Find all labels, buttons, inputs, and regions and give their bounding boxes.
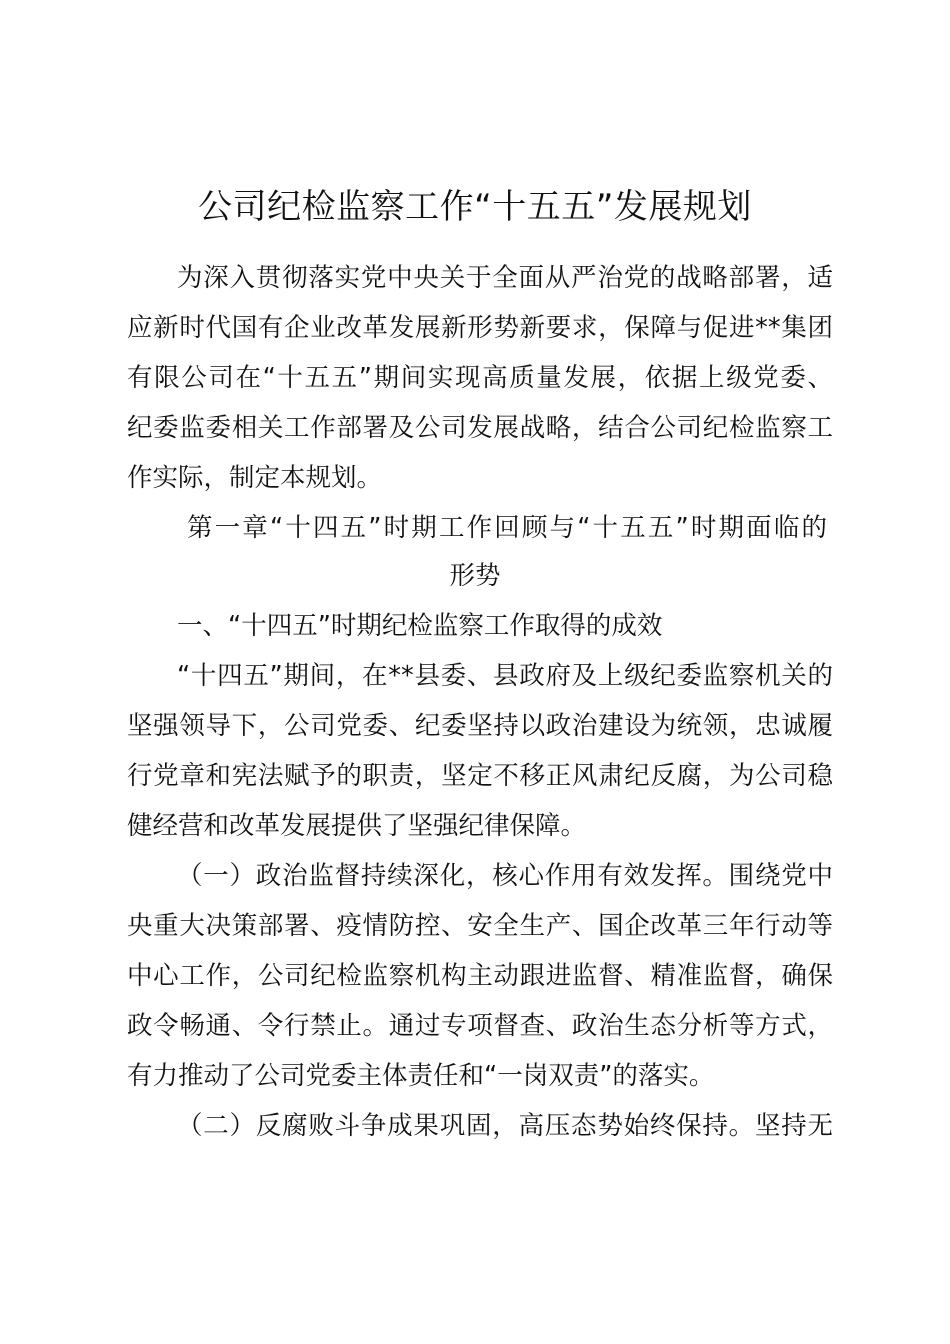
document-title: 公司纪检监察工作“十五五”发展规划 <box>0 182 950 232</box>
text-line: 政令畅通、令行禁止。通过专项督查、政治生态分析等方式， <box>127 1006 833 1046</box>
text-line: （一）政治监督持续深化，核心作用有效发挥。围绕党中 <box>177 856 833 896</box>
text-line: 纪委监委相关工作部署及公司发展战略，结合公司纪检监察工 <box>127 408 833 448</box>
chapter-heading-line: 第一章“十四五”时期工作回顾与“十五五”时期面临的 <box>187 508 827 548</box>
section-heading: 一、“十四五”时期纪检监察工作取得的成效 <box>177 606 833 646</box>
text-line: 有力推动了公司党委主体责任和“一岗双责”的落实。 <box>127 1056 833 1096</box>
text-line: 有限公司在“十五五”期间实现高质量发展，依据上级党委、 <box>127 358 833 398</box>
text-line: 作实际，制定本规划。 <box>127 458 833 498</box>
document-page: 公司纪检监察工作“十五五”发展规划 为深入贯彻落实党中央关于全面从严治党的战略部… <box>0 0 950 1344</box>
text-line: 行党章和宪法赋予的职责，坚定不移正风肃纪反腐，为公司稳 <box>127 756 833 796</box>
text-line: 健经营和改革发展提供了坚强纪律保障。 <box>127 806 833 846</box>
chapter-heading-line: 形势 <box>0 556 950 596</box>
text-line: 坚强领导下，公司党委、纪委坚持以政治建设为统领，忠诚履 <box>127 706 833 746</box>
text-line: 中心工作，公司纪检监察机构主动跟进监督、精准监督，确保 <box>127 956 833 996</box>
text-line: 央重大决策部署、疫情防控、安全生产、国企改革三年行动等 <box>127 906 833 946</box>
text-line: “十四五”期间，在**县委、县政府及上级纪委监察机关的 <box>177 656 833 696</box>
text-line: 应新时代国有企业改革发展新形势新要求，保障与促进**集团 <box>127 308 833 348</box>
text-line: 为深入贯彻落实党中央关于全面从严治党的战略部署，适 <box>177 258 833 298</box>
text-line: （二）反腐败斗争成果巩固，高压态势始终保持。坚持无 <box>177 1106 833 1146</box>
